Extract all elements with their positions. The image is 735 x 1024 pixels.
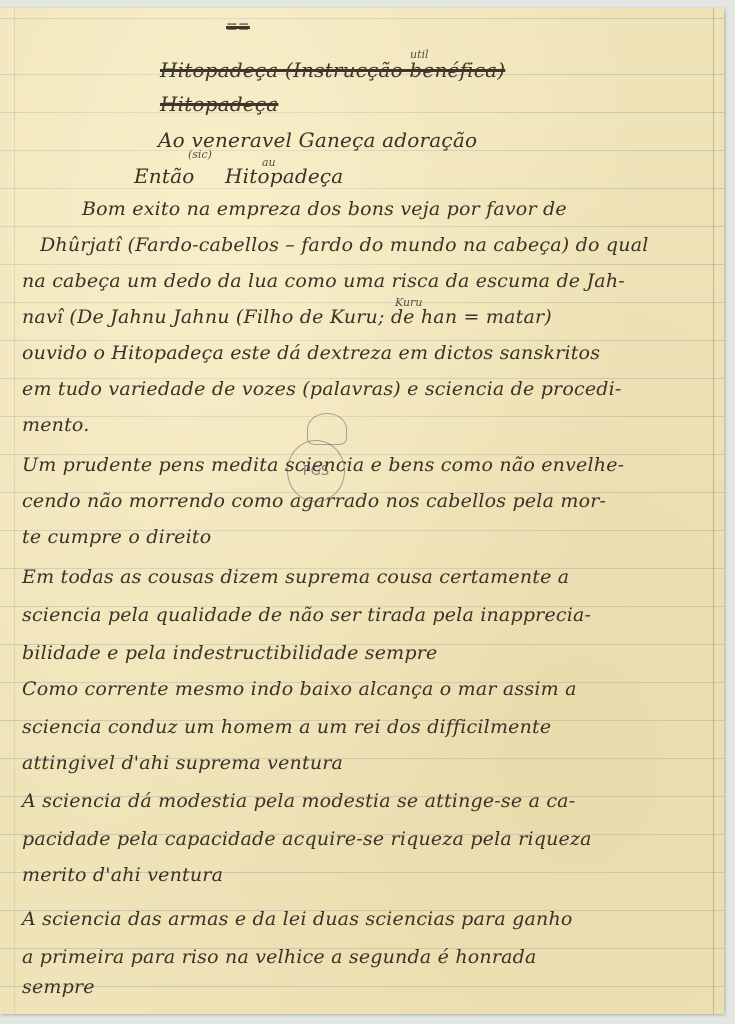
text-line-11: Em todas as cousas dizem suprema cousa c… [22,568,569,587]
library-stamp: PGS [287,440,345,502]
title-prefix: Então [134,166,194,186]
stamp-text: PGS [303,464,329,479]
struck-title-line-1: Hitopadeça (Instrucção benéfica) [160,60,505,80]
page-edge [713,8,714,1014]
text-line-5: ouvido o Hitopadeça este dá dextreza em … [22,344,600,363]
text-line-1: Bom exito na empreza dos bons veja por f… [82,200,567,219]
text-line-4: navî (De Jahnu Jahnu (Filho de Kuru; de … [22,308,552,327]
text-line-21: a primeira para riso na velhice a segund… [22,948,537,967]
struck-marks: ≡≡ [226,20,250,34]
text-line-16: attingivel d'ahi suprema ventura [22,754,343,773]
margin-line [14,8,15,1014]
title: Hitopadeça [225,166,343,186]
text-line-10: te cumpre o direito [22,528,211,547]
text-line-13: bilidade e pela indestructibilidade semp… [22,644,437,663]
text-line-17: A sciencia dá modestia pela modestia se … [22,792,575,811]
text-line-18: pacidade pela capacidade acquire-se riqu… [22,830,592,849]
invocation-line: Ao veneravel Ganeça adoração [158,130,477,150]
struck-title-line-2: Hitopadeça [160,94,278,114]
text-line-22: sempre [22,978,95,997]
text-line-14: Como corrente mesmo indo baixo alcança o… [22,680,577,699]
text-line-12: sciencia pela qualidade de não ser tirad… [22,606,591,625]
sic-annotation: (sic) [188,148,212,161]
text-line-3: na cabeça um dedo da lua como uma risca … [22,272,625,291]
text-line-15: sciencia conduz um homem a um rei dos di… [22,718,551,737]
manuscript-page: ≡≡ util Hitopadeça (Instrucção benéfica)… [0,8,724,1014]
text-line-20: A sciencia das armas e da lei duas scien… [22,910,573,929]
text-line-6: em tudo variedade de vozes (palavras) e … [22,380,622,399]
text-line-7: mento. [22,416,89,435]
text-line-19: merito d'ahi ventura [22,866,223,885]
text-line-2: Dhûrjatî (Fardo-cabellos – fardo do mund… [40,236,649,255]
